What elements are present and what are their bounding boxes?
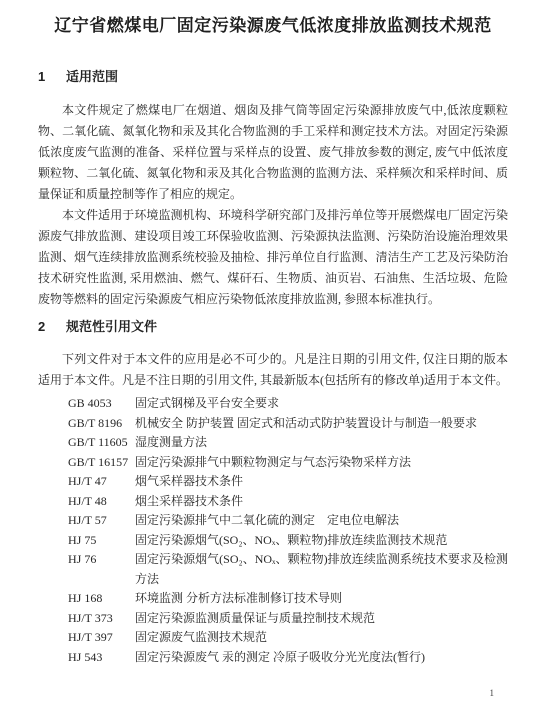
section-2-heading-label: 规范性引用文件 (66, 319, 157, 334)
page-number: 1 (490, 688, 495, 698)
references-list: GB 4053 固定式钢梯及平台安全要求 GB/T 8196 机械安全 防护装置… (38, 394, 508, 667)
document-page: 辽宁省燃煤电厂固定污染源废气低浓度排放监测技术规范 1适用范围 本文件规定了燃煤… (0, 0, 545, 705)
reference-title: 固定污染源排气中颗粒物测定与气态污染物采样方法 (135, 453, 508, 473)
page-title: 辽宁省燃煤电厂固定污染源废气低浓度排放监测技术规范 (38, 14, 508, 38)
reference-code: HJ/T 397 (68, 628, 135, 648)
reference-code: HJ/T 373 (68, 609, 135, 629)
reference-title: 固定污染源监测质量保证与质量控制技术规范 (135, 609, 508, 629)
reference-code: GB 4053 (68, 394, 135, 414)
reference-code: HJ 168 (68, 589, 135, 609)
section-1-paragraph: 本文件适用于环境监测机构、环境科学研究部门及排污单位等开展燃煤电厂固定污染源废气… (38, 205, 508, 310)
reference-title: 环境监测 分析方法标准制修订技术导则 (135, 589, 508, 609)
reference-row: HJ/T 47 烟气采样器技术条件 (68, 472, 508, 492)
reference-row: HJ/T 57 固定污染源排气中二氧化硫的测定 定电位电解法 (68, 511, 508, 531)
reference-row: HJ/T 397 固定源废气监测技术规范 (68, 628, 508, 648)
reference-title: 湿度测量方法 (135, 433, 508, 453)
reference-code: HJ/T 47 (68, 472, 135, 492)
reference-title: 固定源废气监测技术规范 (135, 628, 508, 648)
section-2-heading: 2规范性引用文件 (38, 318, 508, 336)
reference-code: GB/T 8196 (68, 414, 135, 434)
reference-row: HJ 76 固定污染源烟气(SO₂、NOₓ、颗粒物)排放连续监测系统技术要求及检… (68, 550, 508, 589)
reference-title: 固定污染源废气 汞的测定 冷原子吸收分光光度法(暂行) (135, 648, 508, 668)
section-2-number: 2 (38, 318, 48, 336)
section-1-heading-label: 适用范围 (66, 69, 118, 84)
section-1-number: 1 (38, 68, 48, 86)
reference-code: GB/T 16157 (68, 453, 135, 473)
reference-row: GB/T 11605 湿度测量方法 (68, 433, 508, 453)
section-1-paragraph: 本文件规定了燃煤电厂在烟道、烟囱及排气筒等固定污染源排放废气中,低浓度颗粒物、二… (38, 100, 508, 205)
reference-code: GB/T 11605 (68, 433, 135, 453)
reference-row: GB 4053 固定式钢梯及平台安全要求 (68, 394, 508, 414)
reference-row: HJ 543 固定污染源废气 汞的测定 冷原子吸收分光光度法(暂行) (68, 648, 508, 668)
section-2-intro-paragraph: 下列文件对于本文件的应用是必不可少的。凡是注日期的引用文件, 仅注日期的版本适用… (38, 349, 508, 391)
reference-row: HJ/T 48 烟尘采样器技术条件 (68, 492, 508, 512)
reference-code: HJ 543 (68, 648, 135, 668)
reference-title: 固定污染源排气中二氧化硫的测定 定电位电解法 (135, 511, 508, 531)
reference-row: GB/T 16157 固定污染源排气中颗粒物测定与气态污染物采样方法 (68, 453, 508, 473)
reference-code: HJ/T 48 (68, 492, 135, 512)
reference-row: HJ 168 环境监测 分析方法标准制修订技术导则 (68, 589, 508, 609)
reference-row: HJ 75 固定污染源烟气(SO₂、NOₓ、颗粒物)排放连续监测技术规范 (68, 531, 508, 551)
reference-title: 固定污染源烟气(SO₂、NOₓ、颗粒物)排放连续监测系统技术要求及检测方法 (135, 550, 508, 589)
reference-title: 机械安全 防护装置 固定式和活动式防护装置设计与制造一般要求 (135, 414, 508, 434)
reference-code: HJ 76 (68, 550, 135, 570)
reference-code: HJ/T 57 (68, 511, 135, 531)
reference-row: GB/T 8196 机械安全 防护装置 固定式和活动式防护装置设计与制造一般要求 (68, 414, 508, 434)
reference-title: 烟尘采样器技术条件 (135, 492, 508, 512)
reference-row: HJ/T 373 固定污染源监测质量保证与质量控制技术规范 (68, 609, 508, 629)
reference-code: HJ 75 (68, 531, 135, 551)
reference-title: 固定污染源烟气(SO₂、NOₓ、颗粒物)排放连续监测技术规范 (135, 531, 508, 551)
reference-title: 固定式钢梯及平台安全要求 (135, 394, 508, 414)
section-1-heading: 1适用范围 (38, 68, 508, 86)
reference-title: 烟气采样器技术条件 (135, 472, 508, 492)
